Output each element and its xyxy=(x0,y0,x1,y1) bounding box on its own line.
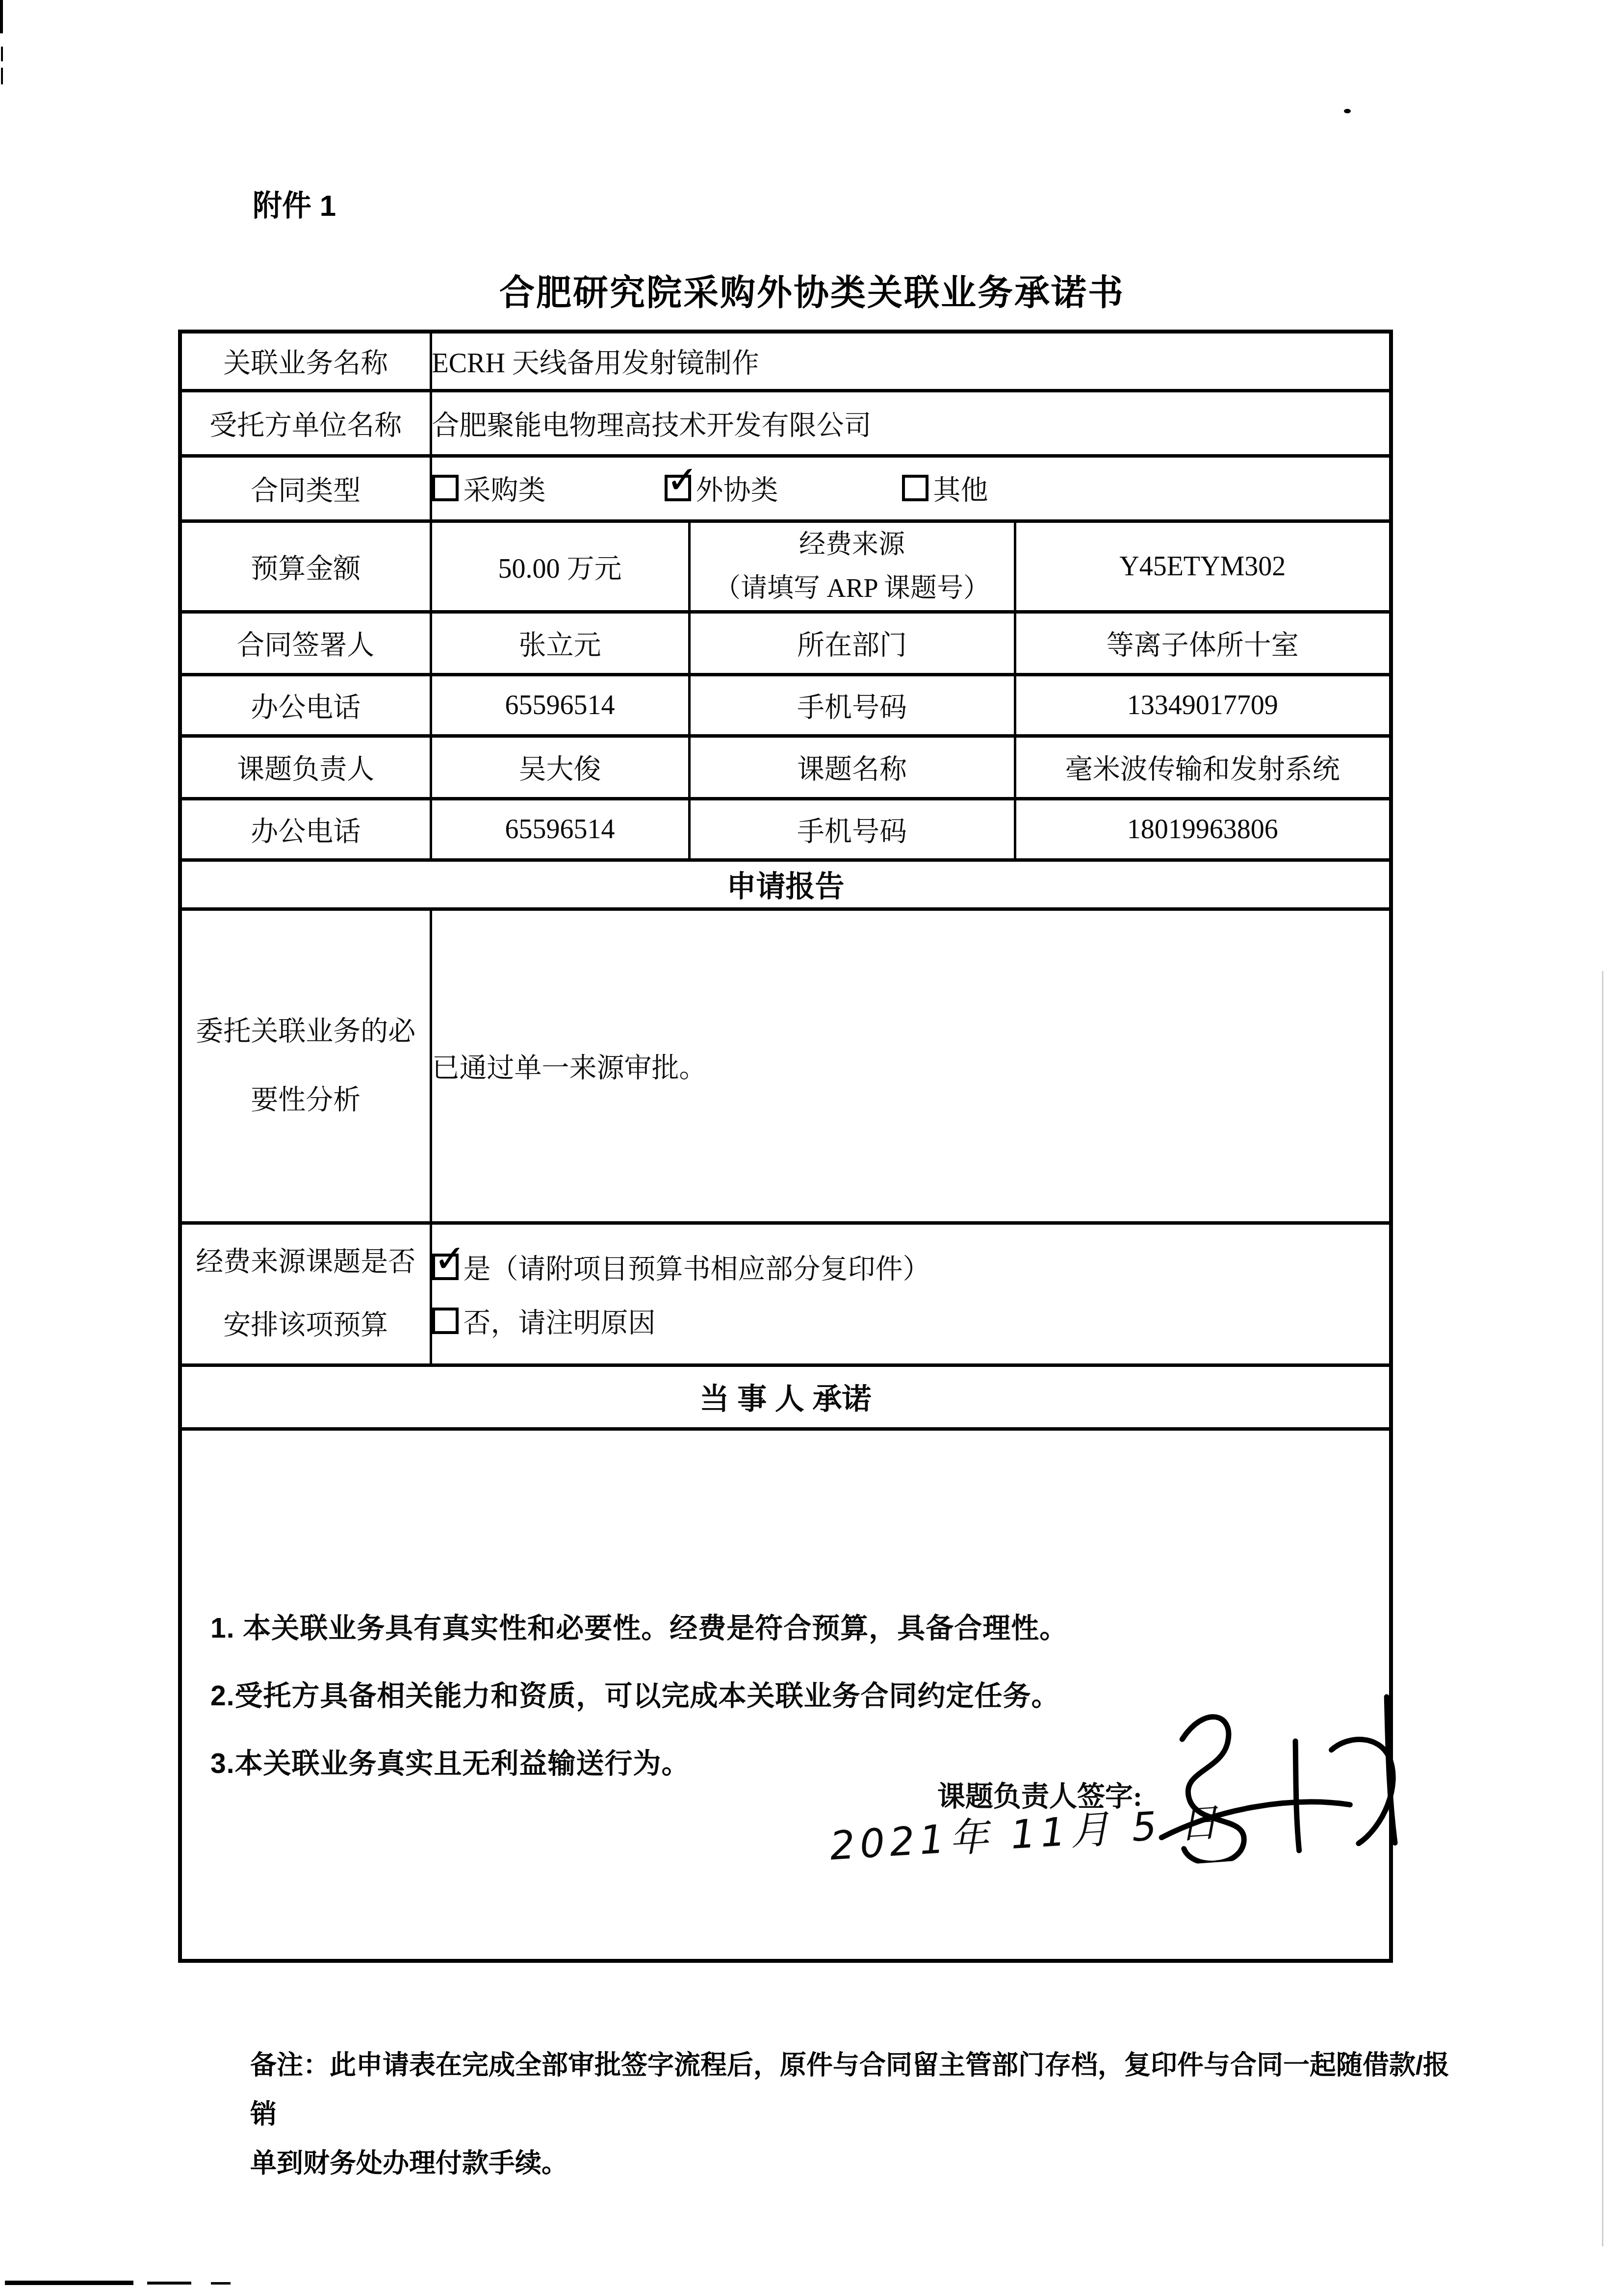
row-application-report-header: 申请报告 xyxy=(180,860,1391,909)
option-procurement: 采购类 xyxy=(432,468,546,508)
funding-source-label-line2: （请填写 ARP 课题号） xyxy=(691,566,1014,610)
mobile-label-2: 手机号码 xyxy=(689,798,1015,860)
application-report-header: 申请报告 xyxy=(180,860,1391,909)
funding-source-label: 经费来源 （请填写 ARP 课题号） xyxy=(689,521,1015,612)
row-office-phone-1: 办公电话 65596514 手机号码 13349017709 xyxy=(180,674,1391,736)
project-name-value: 毫米波传输和发射系统 xyxy=(1015,736,1391,798)
row-contract-type: 合同类型 采购类 ✓ 外协类 其他 xyxy=(180,456,1391,521)
department-value: 等离子体所十室 xyxy=(1015,612,1391,674)
budget-value: 50.00 万元 xyxy=(431,521,689,612)
office-phone-label-2: 办公电话 xyxy=(180,798,431,860)
pi-value: 吴大俊 xyxy=(431,736,689,798)
option-label: 外协类 xyxy=(696,468,778,508)
option-yes-label: 是（请附项目预算书相应部分复印件） xyxy=(464,1247,930,1286)
budget-arranged-options: ✓ 是（请附项目预算书相应部分复印件） 否，请注明原因 xyxy=(431,1223,1391,1365)
necessity-label-line2: 要性分析 xyxy=(182,1066,430,1134)
trustee-value: 合肥聚能电物理高技术开发有限公司 xyxy=(431,390,1391,456)
party-commitment-header: 当 事 人 承诺 xyxy=(180,1365,1391,1429)
checkbox-icon: ✓ xyxy=(665,475,691,501)
department-label: 所在部门 xyxy=(689,612,1015,674)
row-office-phone-2: 办公电话 65596514 手机号码 18019963806 xyxy=(180,798,1391,860)
row-budget: 预算金额 50.00 万元 经费来源 （请填写 ARP 课题号） Y45ETYM… xyxy=(180,521,1391,612)
footer-note: 备注：此申请表在完成全部审批签字流程后，原件与合同留主管部门存档，复印件与合同一… xyxy=(250,2041,1467,2188)
row-pi: 课题负责人 吴大俊 课题名称 毫米波传输和发射系统 xyxy=(180,736,1391,798)
scan-artifact xyxy=(0,0,3,33)
business-name-value: ECRH 天线备用发射镜制作 xyxy=(431,332,1391,390)
form-table: 关联业务名称 ECRH 天线备用发射镜制作 受托方单位名称 合肥聚能电物理高技术… xyxy=(178,330,1393,1963)
budget-arranged-label-line2: 安排该项预算 xyxy=(182,1294,430,1357)
trustee-label: 受托方单位名称 xyxy=(180,390,431,456)
scan-artifact xyxy=(1344,109,1351,113)
row-commitments: 1. 本关联业务具有真实性和必要性。经费是符合预算，具备合理性。 2.受托方具备… xyxy=(180,1429,1391,1961)
budget-arranged-label-line1: 经费来源课题是否 xyxy=(182,1231,430,1294)
row-budget-arranged: 经费来源课题是否 安排该项预算 ✓ 是（请附项目预算书相应部分复印件） 否，请注… xyxy=(180,1223,1391,1365)
scan-artifact xyxy=(1602,971,1603,2246)
contract-type-label: 合同类型 xyxy=(180,456,431,521)
checkmark-icon: ✓ xyxy=(434,1240,466,1278)
funding-source-value: Y45ETYM302 xyxy=(1015,521,1391,612)
budget-arranged-label: 经费来源课题是否 安排该项预算 xyxy=(180,1223,431,1365)
budget-label: 预算金额 xyxy=(180,521,431,612)
signer-value: 张立元 xyxy=(431,612,689,674)
pi-label: 课题负责人 xyxy=(180,736,431,798)
document-title: 合肥研究院采购外协类关联业务承诺书 xyxy=(0,264,1624,315)
mobile-value-2: 18019963806 xyxy=(1015,798,1391,860)
scan-artifact xyxy=(1,47,3,61)
row-trustee: 受托方单位名称 合肥聚能电物理高技术开发有限公司 xyxy=(180,390,1391,456)
option-no: 否，请注明原因 xyxy=(432,1301,1390,1340)
mobile-label-1: 手机号码 xyxy=(689,674,1015,736)
scan-artifact xyxy=(5,2281,133,2285)
scanned-document-page: 附件 1 合肥研究院采购外协类关联业务承诺书 关联业务名称 ECRH 天线备用发… xyxy=(0,0,1624,2287)
row-necessity: 委托关联业务的必 要性分析 已通过单一来源审批。 xyxy=(180,909,1391,1223)
office-phone-label-1: 办公电话 xyxy=(180,674,431,736)
option-label: 其他 xyxy=(933,468,988,508)
business-name-label: 关联业务名称 xyxy=(180,332,431,390)
row-business-name: 关联业务名称 ECRH 天线备用发射镜制作 xyxy=(180,332,1391,390)
commitment-item: 1. 本关联业务具有真实性和必要性。经费是符合预算，具备合理性。 xyxy=(210,1610,1360,1646)
commitments-cell: 1. 本关联业务具有真实性和必要性。经费是符合预算，具备合理性。 2.受托方具备… xyxy=(180,1429,1391,1961)
necessity-label: 委托关联业务的必 要性分析 xyxy=(180,909,431,1223)
project-name-label: 课题名称 xyxy=(689,736,1015,798)
scan-artifact xyxy=(147,2282,191,2285)
option-other: 其他 xyxy=(902,468,988,508)
option-label: 采购类 xyxy=(464,468,546,508)
option-yes: ✓ 是（请附项目预算书相应部分复印件） xyxy=(432,1247,1390,1286)
row-signer: 合同签署人 张立元 所在部门 等离子体所十室 xyxy=(180,612,1391,674)
necessity-content: 已通过单一来源审批。 xyxy=(431,909,1391,1223)
checkbox-icon xyxy=(432,1308,459,1334)
checkbox-icon: ✓ xyxy=(432,1254,459,1280)
row-party-commitment-header: 当 事 人 承诺 xyxy=(180,1365,1391,1429)
necessity-label-line1: 委托关联业务的必 xyxy=(182,997,430,1066)
signer-label: 合同签署人 xyxy=(180,612,431,674)
office-phone-value-2: 65596514 xyxy=(431,798,689,860)
option-no-label: 否，请注明原因 xyxy=(464,1301,656,1340)
checkbox-icon xyxy=(902,475,928,501)
option-outsourcing: ✓ 外协类 xyxy=(665,468,778,508)
attachment-label: 附件 1 xyxy=(253,182,336,225)
mobile-value-1: 13349017709 xyxy=(1015,674,1391,736)
handwritten-signature-icon xyxy=(1145,1686,1421,1866)
funding-source-label-line1: 经费来源 xyxy=(691,523,1014,566)
scan-artifact xyxy=(211,2282,231,2285)
contract-type-options: 采购类 ✓ 外协类 其他 xyxy=(431,456,1391,521)
checkbox-icon xyxy=(432,475,459,501)
footer-note-line1: 备注：此申请表在完成全部审批签字流程后，原件与合同留主管部门存档，复印件与合同一… xyxy=(250,2041,1467,2139)
office-phone-value-1: 65596514 xyxy=(431,674,689,736)
footer-note-line2: 单到财务处办理付款手续。 xyxy=(250,2139,1467,2188)
checkmark-icon: ✓ xyxy=(667,461,698,499)
scan-artifact xyxy=(1,68,3,84)
